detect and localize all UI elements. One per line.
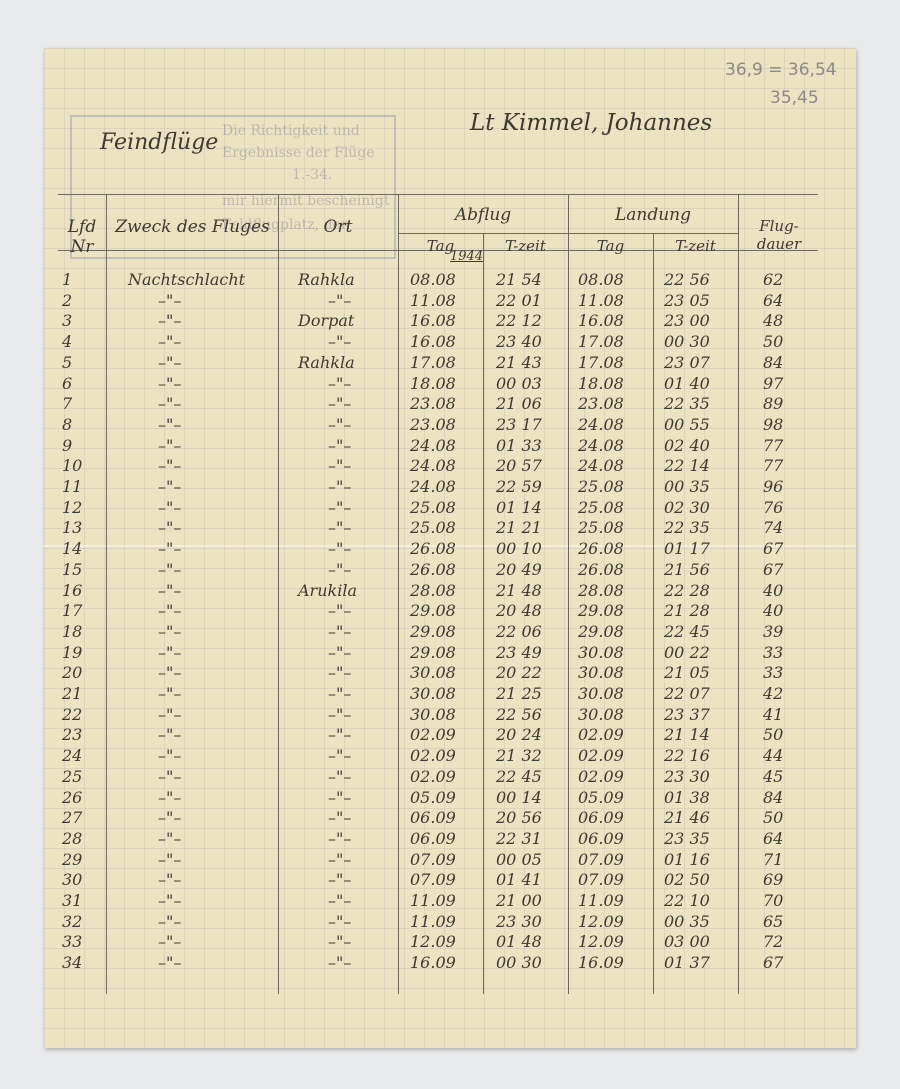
duration-cell: 50 <box>763 332 783 351</box>
duration-cell: 65 <box>763 912 783 931</box>
table-rule <box>58 194 818 195</box>
landing-time-cell: 00 35 <box>664 477 710 496</box>
table-row: 2–"––"–11.0822 0111.0823 0564 <box>58 291 818 311</box>
landing-time-cell: 23 05 <box>664 291 710 310</box>
duration-cell: 48 <box>763 311 783 330</box>
place-cell: –"– <box>328 912 351 931</box>
place-cell: –"– <box>328 436 351 455</box>
place-cell: –"– <box>328 643 351 662</box>
landing-date-cell: 29.08 <box>578 622 624 641</box>
departure-date-cell: 06.09 <box>410 808 456 827</box>
landing-time-cell: 00 55 <box>664 415 710 434</box>
departure-time-cell: 23 17 <box>496 415 542 434</box>
landing-time-cell: 23 35 <box>664 829 710 848</box>
table-row: 10–"––"–24.0820 5724.0822 1477 <box>58 456 818 476</box>
departure-date-cell: 24.08 <box>410 456 456 475</box>
landing-time-cell: 00 35 <box>664 912 710 931</box>
landing-time-cell: 22 35 <box>664 518 710 537</box>
landing-time-cell: 01 40 <box>664 374 710 393</box>
landing-date-cell: 30.08 <box>578 663 624 682</box>
departure-date-cell: 18.08 <box>410 374 456 393</box>
purpose-cell: –"– <box>158 953 181 972</box>
departure-time-cell: 21 32 <box>496 746 542 765</box>
duration-cell: 96 <box>763 477 783 496</box>
duration-cell: 39 <box>763 622 783 641</box>
row-number: 2 <box>62 291 72 310</box>
row-number: 13 <box>62 518 82 537</box>
landing-time-cell: 00 22 <box>664 643 710 662</box>
departure-time-cell: 21 06 <box>496 394 542 413</box>
landing-date-cell: 02.09 <box>578 725 624 744</box>
duration-cell: 41 <box>763 705 783 724</box>
purpose-cell: –"– <box>158 870 181 889</box>
landing-time-cell: 00 30 <box>664 332 710 351</box>
duration-cell: 50 <box>763 808 783 827</box>
place-cell: Rahkla <box>298 270 355 289</box>
landing-date-cell: 08.08 <box>578 270 624 289</box>
duration-cell: 70 <box>763 891 783 910</box>
table-row: 18–"––"–29.0822 0629.0822 4539 <box>58 622 818 642</box>
purpose-cell: –"– <box>158 663 181 682</box>
departure-time-cell: 23 49 <box>496 643 542 662</box>
departure-date-cell: 11.09 <box>410 912 456 931</box>
place-cell: –"– <box>328 601 351 620</box>
duration-cell: 33 <box>763 663 783 682</box>
landing-time-cell: 21 56 <box>664 560 710 579</box>
departure-time-cell: 21 43 <box>496 353 542 372</box>
place-cell: –"– <box>328 498 351 517</box>
table-row: 13–"––"–25.0821 2125.0822 3574 <box>58 518 818 538</box>
row-number: 7 <box>62 394 72 413</box>
place-cell: Dorpat <box>298 311 354 330</box>
row-number: 19 <box>62 643 82 662</box>
landing-date-cell: 24.08 <box>578 436 624 455</box>
departure-time-cell: 21 54 <box>496 270 542 289</box>
table-row: 9–"––"–24.0801 3324.0802 4077 <box>58 436 818 456</box>
place-cell: –"– <box>328 746 351 765</box>
landing-date-cell: 07.09 <box>578 870 624 889</box>
purpose-cell: –"– <box>158 539 181 558</box>
row-number: 26 <box>62 788 82 807</box>
table-row: 4–"––"–16.0823 4017.0800 3050 <box>58 332 818 352</box>
duration-cell: 67 <box>763 560 783 579</box>
departure-time-cell: 00 03 <box>496 374 542 393</box>
purpose-cell: –"– <box>158 291 181 310</box>
row-number: 5 <box>62 353 72 372</box>
place-cell: –"– <box>328 725 351 744</box>
duration-cell: 67 <box>763 953 783 972</box>
landing-time-cell: 22 10 <box>664 891 710 910</box>
place-cell: –"– <box>328 850 351 869</box>
place-cell: –"– <box>328 870 351 889</box>
landing-time-cell: 22 35 <box>664 394 710 413</box>
purpose-cell: –"– <box>158 374 181 393</box>
landing-time-cell: 23 37 <box>664 705 710 724</box>
departure-time-cell: 20 49 <box>496 560 542 579</box>
row-number: 6 <box>62 374 72 393</box>
row-number: 29 <box>62 850 82 869</box>
place-cell: –"– <box>328 456 351 475</box>
table-row: 17–"––"–29.0820 4829.0821 2840 <box>58 601 818 621</box>
duration-cell: 44 <box>763 746 783 765</box>
table-row: 31–"––"–11.0921 0011.0922 1070 <box>58 891 818 911</box>
table-row: 30–"––"–07.0901 4107.0902 5069 <box>58 870 818 890</box>
duration-cell: 42 <box>763 684 783 703</box>
departure-time-cell: 00 05 <box>496 850 542 869</box>
departure-date-cell: 23.08 <box>410 415 456 434</box>
place-cell: –"– <box>328 518 351 537</box>
place-cell: –"– <box>328 622 351 641</box>
duration-cell: 64 <box>763 829 783 848</box>
landing-date-cell: 02.09 <box>578 767 624 786</box>
departure-time-cell: 01 33 <box>496 436 542 455</box>
row-number: 23 <box>62 725 82 744</box>
table-row: 7–"––"–23.0821 0623.0822 3589 <box>58 394 818 414</box>
row-number: 15 <box>62 560 82 579</box>
departure-date-cell: 05.09 <box>410 788 456 807</box>
departure-date-cell: 07.09 <box>410 850 456 869</box>
departure-time-cell: 23 30 <box>496 912 542 931</box>
departure-date-cell: 11.08 <box>410 291 456 310</box>
duration-cell: 77 <box>763 456 783 475</box>
duration-cell: 64 <box>763 291 783 310</box>
duration-cell: 97 <box>763 374 783 393</box>
row-number: 21 <box>62 684 82 703</box>
landing-date-cell: 16.08 <box>578 311 624 330</box>
header-dauer: Flug-dauer <box>740 217 818 253</box>
header-abflug: Abflug <box>398 205 568 225</box>
departure-time-cell: 21 48 <box>496 581 542 600</box>
pencil-note: 35,45 <box>770 88 819 108</box>
purpose-cell: –"– <box>158 415 181 434</box>
landing-date-cell: 30.08 <box>578 643 624 662</box>
landing-time-cell: 23 07 <box>664 353 710 372</box>
landing-time-cell: 21 14 <box>664 725 710 744</box>
purpose-cell: –"– <box>158 332 181 351</box>
document-title: Feindflüge <box>100 130 218 155</box>
departure-date-cell: 25.08 <box>410 498 456 517</box>
landing-date-cell: 02.09 <box>578 746 624 765</box>
pilot-name: Lt Kimmel, Johannes <box>470 110 712 136</box>
row-number: 3 <box>62 311 72 330</box>
landing-date-cell: 11.08 <box>578 291 624 310</box>
departure-time-cell: 22 12 <box>496 311 542 330</box>
place-cell: –"– <box>328 477 351 496</box>
departure-date-cell: 29.08 <box>410 643 456 662</box>
purpose-cell: –"– <box>158 581 181 600</box>
departure-date-cell: 02.09 <box>410 767 456 786</box>
table-row: 5–"–Rahkla17.0821 4317.0823 0784 <box>58 353 818 373</box>
duration-cell: 71 <box>763 850 783 869</box>
table-row: 34–"––"–16.0900 3016.0901 3767 <box>58 953 818 973</box>
place-cell: –"– <box>328 415 351 434</box>
landing-time-cell: 21 28 <box>664 601 710 620</box>
purpose-cell: –"– <box>158 808 181 827</box>
departure-time-cell: 20 56 <box>496 808 542 827</box>
place-cell: –"– <box>328 932 351 951</box>
row-number: 34 <box>62 953 82 972</box>
purpose-cell: –"– <box>158 436 181 455</box>
landing-date-cell: 12.09 <box>578 932 624 951</box>
departure-time-cell: 20 48 <box>496 601 542 620</box>
row-number: 18 <box>62 622 82 641</box>
table-row: 11–"––"–24.0822 5925.0800 3596 <box>58 477 818 497</box>
landing-time-cell: 21 05 <box>664 663 710 682</box>
table-row: 8–"––"–23.0823 1724.0800 5598 <box>58 415 818 435</box>
landing-date-cell: 17.08 <box>578 332 624 351</box>
place-cell: Rahkla <box>298 353 355 372</box>
departure-time-cell: 22 01 <box>496 291 542 310</box>
departure-date-cell: 26.08 <box>410 539 456 558</box>
departure-date-cell: 06.09 <box>410 829 456 848</box>
departure-time-cell: 22 56 <box>496 705 542 724</box>
departure-time-cell: 00 30 <box>496 953 542 972</box>
departure-date-cell: 16.08 <box>410 332 456 351</box>
departure-time-cell: 00 14 <box>496 788 542 807</box>
row-number: 33 <box>62 932 82 951</box>
landing-date-cell: 17.08 <box>578 353 624 372</box>
landing-date-cell: 23.08 <box>578 394 624 413</box>
landing-time-cell: 22 16 <box>664 746 710 765</box>
place-cell: –"– <box>328 539 351 558</box>
row-number: 10 <box>62 456 82 475</box>
table-row: 15–"––"–26.0820 4926.0821 5667 <box>58 560 818 580</box>
table-row: 1NachtschlachtRahkla08.0821 5408.0822 56… <box>58 270 818 290</box>
row-number: 22 <box>62 705 82 724</box>
departure-date-cell: 07.09 <box>410 870 456 889</box>
row-number: 27 <box>62 808 82 827</box>
departure-date-cell: 30.08 <box>410 663 456 682</box>
departure-time-cell: 01 41 <box>496 870 542 889</box>
landing-date-cell: 12.09 <box>578 912 624 931</box>
stamp-line: Die Richtigkeit und <box>222 123 360 139</box>
place-cell: –"– <box>328 808 351 827</box>
departure-date-cell: 25.08 <box>410 518 456 537</box>
landing-date-cell: 25.08 <box>578 518 624 537</box>
row-number: 14 <box>62 539 82 558</box>
purpose-cell: –"– <box>158 311 181 330</box>
purpose-cell: –"– <box>158 353 181 372</box>
departure-date-cell: 30.08 <box>410 705 456 724</box>
duration-cell: 98 <box>763 415 783 434</box>
departure-date-cell: 28.08 <box>410 581 456 600</box>
landing-date-cell: 16.09 <box>578 953 624 972</box>
header-landung-tag: Tag <box>568 237 653 255</box>
header-ort: Ort <box>283 217 393 237</box>
departure-date-cell: 29.08 <box>410 622 456 641</box>
place-cell: –"– <box>328 374 351 393</box>
landing-date-cell: 06.09 <box>578 829 624 848</box>
table-row: 26–"––"–05.0900 1405.0901 3884 <box>58 788 818 808</box>
landing-time-cell: 22 56 <box>664 270 710 289</box>
purpose-cell: –"– <box>158 767 181 786</box>
place-cell: –"– <box>328 891 351 910</box>
departure-time-cell: 20 57 <box>496 456 542 475</box>
landing-time-cell: 02 50 <box>664 870 710 889</box>
landing-time-cell: 23 00 <box>664 311 710 330</box>
header-zweck: Zweck des Fluges <box>110 217 275 237</box>
row-number: 4 <box>62 332 72 351</box>
duration-cell: 50 <box>763 725 783 744</box>
table-row: 21–"––"–30.0821 2530.0822 0742 <box>58 684 818 704</box>
place-cell: Arukila <box>298 581 357 600</box>
table-row: 14–"––"–26.0800 1026.0801 1767 <box>58 539 818 559</box>
duration-cell: 67 <box>763 539 783 558</box>
row-number: 32 <box>62 912 82 931</box>
duration-cell: 84 <box>763 788 783 807</box>
stamp-line: 1.-34. <box>292 167 332 183</box>
landing-time-cell: 01 17 <box>664 539 710 558</box>
departure-time-cell: 01 14 <box>496 498 542 517</box>
row-number: 20 <box>62 663 82 682</box>
purpose-cell: Nachtschlacht <box>128 270 245 289</box>
landing-date-cell: 25.08 <box>578 498 624 517</box>
place-cell: –"– <box>328 684 351 703</box>
landing-date-cell: 30.08 <box>578 684 624 703</box>
table-row: 27–"––"–06.0920 5606.0921 4650 <box>58 808 818 828</box>
departure-date-cell: 16.08 <box>410 311 456 330</box>
departure-date-cell: 23.08 <box>410 394 456 413</box>
purpose-cell: –"– <box>158 518 181 537</box>
row-number: 31 <box>62 891 82 910</box>
purpose-cell: –"– <box>158 394 181 413</box>
departure-time-cell: 22 31 <box>496 829 542 848</box>
departure-time-cell: 23 40 <box>496 332 542 351</box>
row-number: 28 <box>62 829 82 848</box>
purpose-cell: –"– <box>158 601 181 620</box>
place-cell: –"– <box>328 332 351 351</box>
table-row: 12–"––"–25.0801 1425.0802 3076 <box>58 498 818 518</box>
landing-time-cell: 22 07 <box>664 684 710 703</box>
year-label: 1944 <box>450 249 483 264</box>
departure-time-cell: 20 24 <box>496 725 542 744</box>
purpose-cell: –"– <box>158 932 181 951</box>
row-number: 25 <box>62 767 82 786</box>
landing-time-cell: 02 40 <box>664 436 710 455</box>
landing-time-cell: 01 38 <box>664 788 710 807</box>
departure-date-cell: 08.08 <box>410 270 456 289</box>
purpose-cell: –"– <box>158 746 181 765</box>
purpose-cell: –"– <box>158 891 181 910</box>
duration-cell: 76 <box>763 498 783 517</box>
landing-time-cell: 22 14 <box>664 456 710 475</box>
departure-time-cell: 22 45 <box>496 767 542 786</box>
purpose-cell: –"– <box>158 912 181 931</box>
landing-time-cell: 21 46 <box>664 808 710 827</box>
departure-date-cell: 30.08 <box>410 684 456 703</box>
landing-date-cell: 18.08 <box>578 374 624 393</box>
landing-time-cell: 02 30 <box>664 498 710 517</box>
departure-time-cell: 21 25 <box>496 684 542 703</box>
purpose-cell: –"– <box>158 498 181 517</box>
purpose-cell: –"– <box>158 622 181 641</box>
departure-date-cell: 12.09 <box>410 932 456 951</box>
departure-date-cell: 16.09 <box>410 953 456 972</box>
landing-time-cell: 22 28 <box>664 581 710 600</box>
row-number: 8 <box>62 415 72 434</box>
departure-time-cell: 22 06 <box>496 622 542 641</box>
table-row: 22–"––"–30.0822 5630.0823 3741 <box>58 705 818 725</box>
landing-date-cell: 05.09 <box>578 788 624 807</box>
stamp-line: mir hiermit bescheinigt <box>222 193 389 209</box>
duration-cell: 69 <box>763 870 783 889</box>
departure-time-cell: 21 00 <box>496 891 542 910</box>
row-number: 17 <box>62 601 82 620</box>
landing-date-cell: 11.09 <box>578 891 624 910</box>
row-number: 11 <box>62 477 82 496</box>
duration-cell: 77 <box>763 436 783 455</box>
purpose-cell: –"– <box>158 725 181 744</box>
purpose-cell: –"– <box>158 456 181 475</box>
table-row: 33–"––"–12.0901 4812.0903 0072 <box>58 932 818 952</box>
landing-date-cell: 25.08 <box>578 477 624 496</box>
landing-date-cell: 30.08 <box>578 705 624 724</box>
purpose-cell: –"– <box>158 684 181 703</box>
departure-date-cell: 24.08 <box>410 436 456 455</box>
place-cell: –"– <box>328 829 351 848</box>
purpose-cell: –"– <box>158 477 181 496</box>
table-row: 24–"––"–02.0921 3202.0922 1644 <box>58 746 818 766</box>
table-row: 29–"––"–07.0900 0507.0901 1671 <box>58 850 818 870</box>
place-cell: –"– <box>328 663 351 682</box>
landing-date-cell: 06.09 <box>578 808 624 827</box>
purpose-cell: –"– <box>158 850 181 869</box>
table-row: 28–"––"–06.0922 3106.0923 3564 <box>58 829 818 849</box>
landing-time-cell: 01 16 <box>664 850 710 869</box>
landing-date-cell: 07.09 <box>578 850 624 869</box>
duration-cell: 84 <box>763 353 783 372</box>
pencil-note: 36,9 = 36,54 <box>725 60 837 80</box>
landing-date-cell: 29.08 <box>578 601 624 620</box>
table-row: 20–"––"–30.0820 2230.0821 0533 <box>58 663 818 683</box>
place-cell: –"– <box>328 767 351 786</box>
duration-cell: 89 <box>763 394 783 413</box>
place-cell: –"– <box>328 560 351 579</box>
duration-cell: 72 <box>763 932 783 951</box>
place-cell: –"– <box>328 953 351 972</box>
table-row: 3–"–Dorpat16.0822 1216.0823 0048 <box>58 311 818 331</box>
place-cell: –"– <box>328 291 351 310</box>
row-number: 16 <box>62 581 82 600</box>
departure-date-cell: 24.08 <box>410 477 456 496</box>
purpose-cell: –"– <box>158 788 181 807</box>
landing-date-cell: 26.08 <box>578 560 624 579</box>
place-cell: –"– <box>328 705 351 724</box>
departure-time-cell: 01 48 <box>496 932 542 951</box>
departure-date-cell: 02.09 <box>410 746 456 765</box>
departure-date-cell: 29.08 <box>410 601 456 620</box>
row-number: 12 <box>62 498 82 517</box>
duration-cell: 33 <box>763 643 783 662</box>
header-abflug-zeit: T-zeit <box>483 237 568 255</box>
duration-cell: 62 <box>763 270 783 289</box>
purpose-cell: –"– <box>158 643 181 662</box>
stamp-line: Ergebnisse der Flüge <box>222 145 375 161</box>
landing-date-cell: 24.08 <box>578 415 624 434</box>
departure-time-cell: 22 59 <box>496 477 542 496</box>
duration-cell: 45 <box>763 767 783 786</box>
departure-date-cell: 17.08 <box>410 353 456 372</box>
table-row: 6–"––"–18.0800 0318.0801 4097 <box>58 374 818 394</box>
table-row: 32–"––"–11.0923 3012.0900 3565 <box>58 912 818 932</box>
header-landung-zeit: T-zeit <box>653 237 738 255</box>
departure-time-cell: 00 10 <box>496 539 542 558</box>
landing-date-cell: 28.08 <box>578 581 624 600</box>
landing-date-cell: 24.08 <box>578 456 624 475</box>
landing-time-cell: 01 37 <box>664 953 710 972</box>
departure-date-cell: 11.09 <box>410 891 456 910</box>
duration-cell: 74 <box>763 518 783 537</box>
